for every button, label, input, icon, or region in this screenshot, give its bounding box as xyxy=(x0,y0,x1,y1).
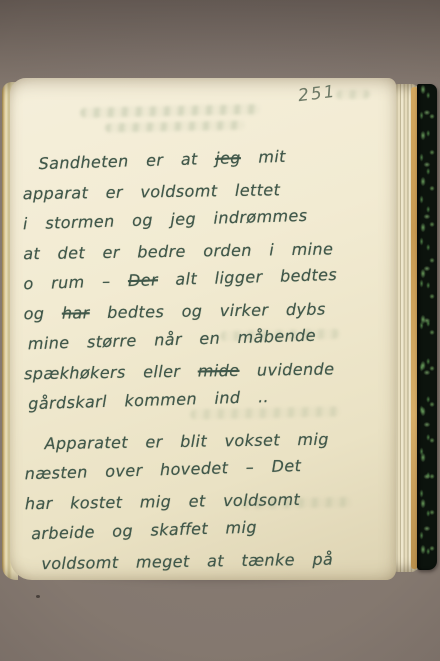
handwritten-text-block: Sandheten er at jeg mit apparat er volds… xyxy=(23,147,388,580)
handwriting-text: har kostet mig et voldsomt xyxy=(25,490,300,513)
handwriting-text: o rum – xyxy=(23,272,111,294)
handwriting-text: og xyxy=(23,304,44,323)
handwriting-text: apparat er voldsomt lettet xyxy=(23,180,281,203)
handwriting-text: spækhøkers eller xyxy=(24,362,181,383)
handwriting-line: Sandheten er at jeg mit xyxy=(38,139,385,179)
handwriting-text: alt ligger bedtes xyxy=(175,265,337,289)
show-through-page-number xyxy=(336,90,370,100)
handwriting-struck-word: mide xyxy=(198,361,240,381)
handwriting-struck-word: Der xyxy=(128,270,159,290)
show-through-writing xyxy=(80,104,260,118)
handwriting-text: bedtes og virker dybs xyxy=(107,300,326,322)
backdrop-speck xyxy=(36,595,40,598)
photo-backdrop: 251 Sandheten er at jeg mit apparat er v… xyxy=(0,0,440,661)
handwriting-text: uvidende xyxy=(257,359,335,379)
marbled-cover-board xyxy=(417,84,437,570)
show-through-writing xyxy=(105,121,245,133)
handwriting-text: Sandheten er at xyxy=(38,149,198,173)
handwriting-struck-word: har xyxy=(62,303,90,322)
handwriting-text: voldsomt meget at tænke på xyxy=(41,550,333,574)
handwriting-struck-word: jeg xyxy=(215,148,241,168)
handwriting-text: arbeide og skaffet mig xyxy=(31,518,257,544)
handwriting-text: gårdskarl kommen ind ‥ xyxy=(28,387,269,413)
manuscript-page: 251 Sandheten er at jeg mit apparat er v… xyxy=(10,78,396,580)
handwriting-text: i stormen og jeg indrømmes xyxy=(23,206,308,233)
handwriting-text: næsten over hovedet – Det xyxy=(24,456,301,483)
handwriting-text: mine større når en måbende xyxy=(28,326,317,354)
handwriting-text: Apparatet er blit vokset mig xyxy=(44,430,329,453)
handwriting-text: at det er bedre orden i mine xyxy=(23,239,333,263)
handwriting-line: voldsomt meget at tænke på xyxy=(41,544,387,579)
page-number: 251 xyxy=(297,82,338,107)
handwriting-text: mit xyxy=(258,147,286,167)
